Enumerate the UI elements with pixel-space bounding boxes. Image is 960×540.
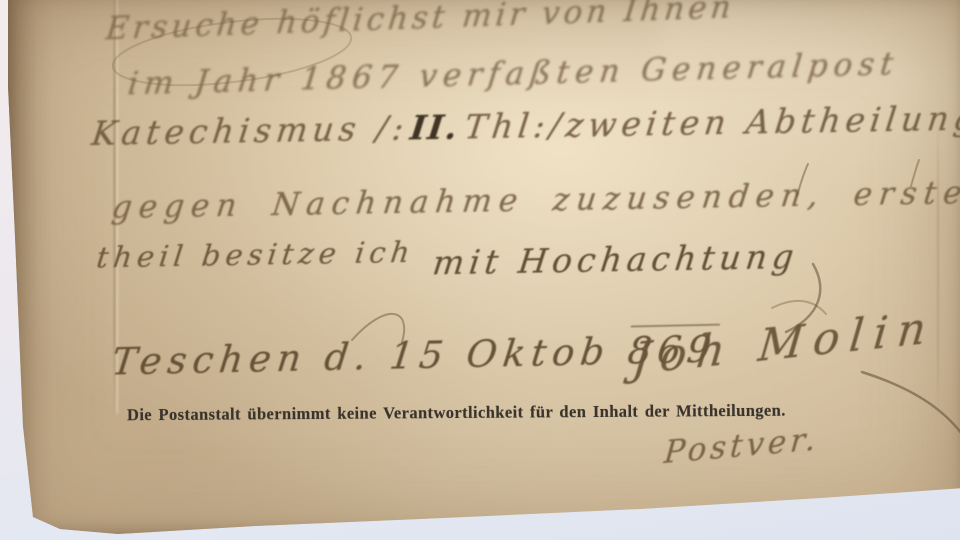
handwritten-line-3: Katechismus /:II.Thl:/zweiten Abtheilung [90,98,960,153]
paraph-cross [772,301,826,314]
line5-start: theil besitze ich [95,235,417,275]
ink-layer: Ersuche höflichst mir von Ihnen im Jahr … [0,0,960,540]
date-place-day: Teschen d. 15 Oktob [109,330,612,384]
correspondence-card: Ersuche höflichst mir von Ihnen im Jahr … [0,0,960,540]
roman-numeral-II: II. [408,107,461,147]
closing-phrase: mit Hochachtung [431,237,801,282]
dateline: Teschen d. 15 Oktob 869 [109,328,719,384]
handwritten-line-2: im Jahr 1867 verfaßten Generalpost [126,46,901,102]
line3-suffix: Thl:/zweiten Abtheilung [463,98,960,146]
signature: Joh Molin [630,302,938,386]
handwritten-line-4: gegen Nachnahme zuzusenden, ersten [110,174,960,226]
handwritten-line-5: theil besitze ichmit Hochachtung [95,224,803,275]
printed-disclaimer: Die Postanstalt übernimmt keine Verantwo… [127,401,786,426]
photo-of-postal-card: Ersuche höflichst mir von Ihnen im Jahr … [0,0,960,540]
postscript-note: Postver. [663,421,821,471]
signature-tail [862,372,960,434]
line3-prefix: Katechismus /: [90,108,411,153]
handwritten-line-1: Ersuche höflichst mir von Ihnen [104,0,736,47]
